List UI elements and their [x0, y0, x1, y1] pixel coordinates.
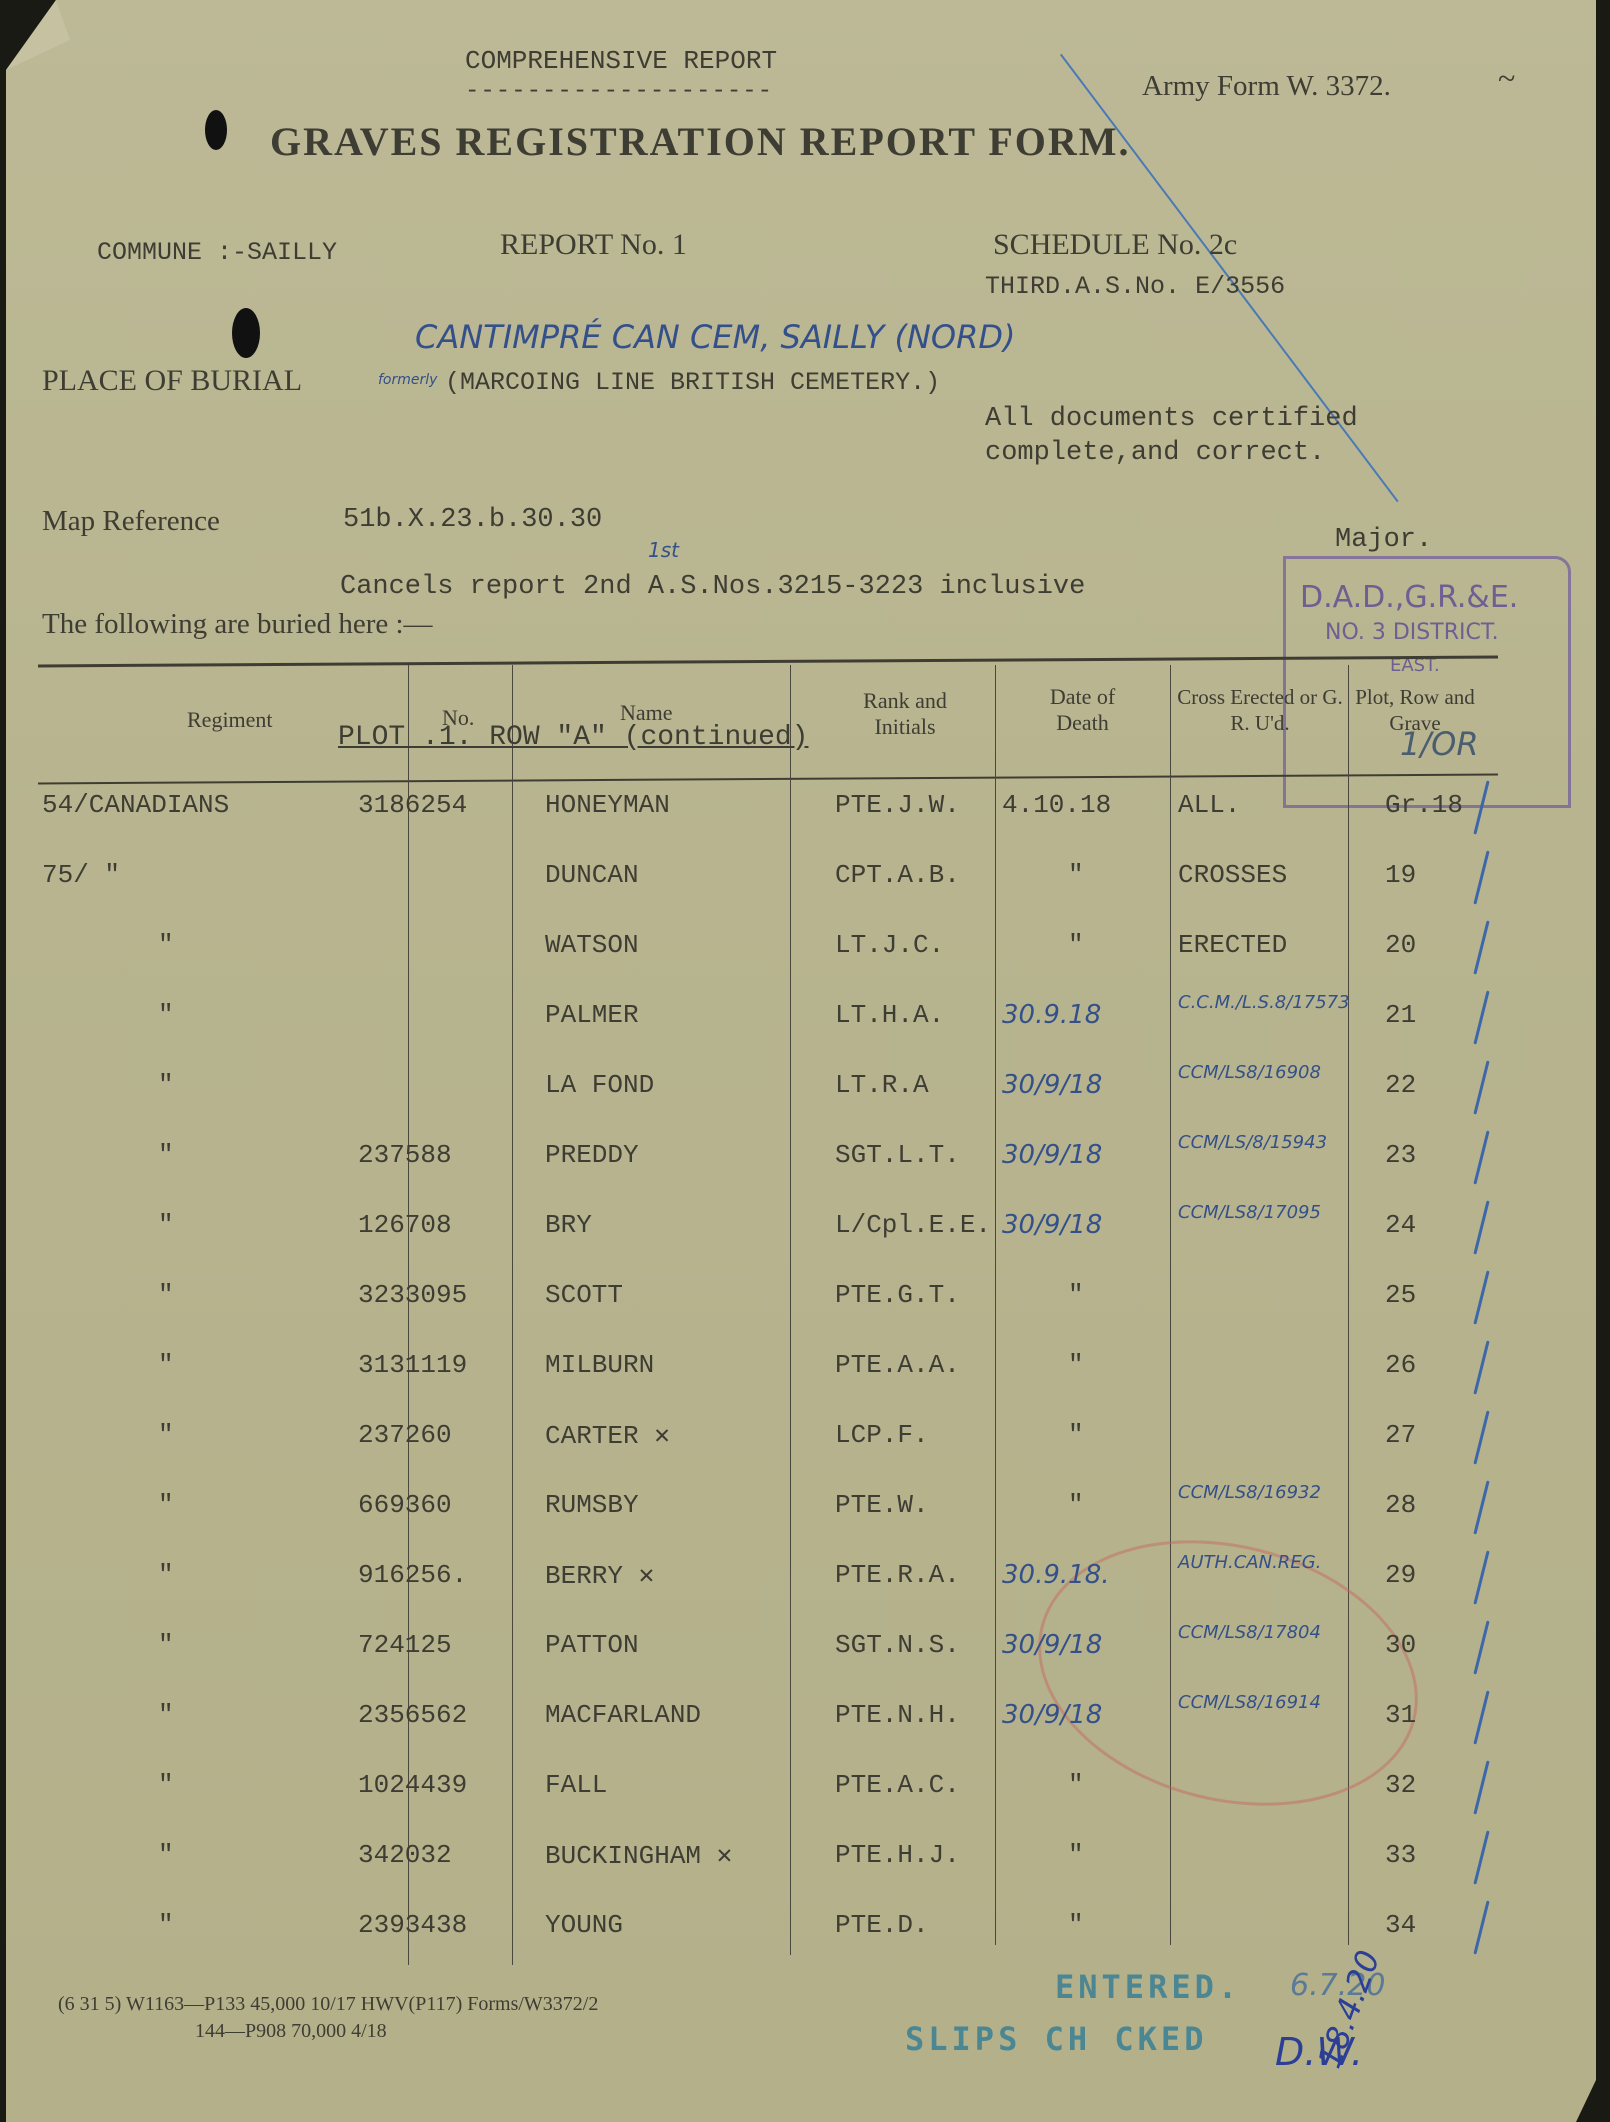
cell-number: 1024439: [358, 1770, 467, 1800]
cell-regiment: ": [158, 1280, 174, 1310]
cell-name: WATSON: [545, 930, 639, 960]
cell-regiment: ": [158, 1490, 174, 1520]
cell-number: 2393438: [358, 1910, 467, 1940]
cell-regiment: ": [158, 1000, 174, 1030]
cell-name: LA FOND: [545, 1070, 654, 1100]
report-value: 1: [672, 228, 687, 261]
cell-number: 669360: [358, 1490, 452, 1520]
cell-grave: Gr.18: [1385, 790, 1463, 820]
cell-grave: 21: [1385, 1000, 1416, 1030]
cell-name: HONEYMAN: [545, 790, 670, 820]
print-line-1: (6 31 5) W1163—P133 45,000 10/17 HWV(P11…: [58, 1993, 598, 2016]
header-dashes: --------------------: [465, 78, 773, 105]
schedule-label: SCHEDULE No.: [993, 228, 1201, 261]
cell-date: ": [1068, 1490, 1084, 1520]
schedule-number: SCHEDULE No. 2c: [993, 228, 1237, 262]
cell-grave: 24: [1385, 1210, 1416, 1240]
cell-name: SCOTT: [545, 1280, 623, 1310]
header-cross: Cross Erected or G. R. U'd.: [1175, 684, 1345, 736]
slips-checked-stamp: SLIPS CH CKED: [905, 2020, 1207, 2058]
cell-number: 126708: [358, 1210, 452, 1240]
cell-date: ": [1068, 1420, 1084, 1450]
cell-number: 724125: [358, 1630, 452, 1660]
cell-date: ": [1068, 860, 1084, 890]
report-number: REPORT No. 1: [500, 228, 687, 262]
place-of-burial-typed: (MARCOING LINE BRITISH CEMETERY.): [445, 368, 940, 397]
cell-regiment: ": [158, 1070, 174, 1100]
cancels-correction: 1st: [648, 538, 679, 562]
page-title: GRAVES REGISTRATION REPORT FORM.: [270, 118, 1131, 165]
cell-cross: CCM/LS8/16908: [1178, 1062, 1321, 1083]
map-reference-value: 51b.X.23.b.30.30: [343, 505, 602, 535]
cell-grave: 23: [1385, 1140, 1416, 1170]
cell-regiment: ": [158, 930, 174, 960]
cell-grave: 19: [1385, 860, 1416, 890]
cell-cross: C.C.M./L.S.8/17573: [1178, 992, 1350, 1013]
cell-rank: PTE.R.A.: [835, 1560, 960, 1590]
cell-grave: 33: [1385, 1840, 1416, 1870]
district-stamp-line-2: NO. 3 DISTRICT.: [1325, 620, 1499, 645]
cell-regiment: ": [158, 1770, 174, 1800]
third-as-number: THIRD.A.S.No. E/3556: [985, 272, 1285, 301]
schedule-value: 2c: [1209, 228, 1237, 261]
cell-number: 3186254: [358, 790, 467, 820]
cell-grave: 31: [1385, 1700, 1416, 1730]
cell-regiment: ": [158, 1840, 174, 1870]
cell-name: RUMSBY: [545, 1490, 639, 1520]
cell-date: ": [1068, 930, 1084, 960]
cell-grave: 29: [1385, 1560, 1416, 1590]
cell-rank: PTE.G.T.: [835, 1280, 960, 1310]
cell-date: 30.9.18: [1002, 1000, 1101, 1030]
cell-regiment: ": [158, 1140, 174, 1170]
cell-name: MILBURN: [545, 1350, 654, 1380]
header-regiment: Regiment: [187, 707, 273, 733]
cell-date: ": [1068, 1350, 1084, 1380]
place-of-burial-handwritten: CANTIMPRÉ CAN CEM, SAILLY (NORD): [415, 318, 1015, 356]
certification-line-2: complete,and correct.: [985, 438, 1325, 468]
cell-grave: 27: [1385, 1420, 1416, 1450]
cell-name: BRY: [545, 1210, 592, 1240]
cell-regiment: ": [158, 1630, 174, 1660]
place-of-burial-label: PLACE OF BURIAL: [42, 364, 302, 398]
cell-regiment: ": [158, 1420, 174, 1450]
header-handwritten-note: 1/OR: [1400, 725, 1479, 763]
cell-cross: CCM/LS/8/15943: [1178, 1132, 1327, 1153]
cell-name: PREDDY: [545, 1140, 639, 1170]
cell-date: 30.9.18.: [1002, 1560, 1110, 1590]
comprehensive-report-label: COMPREHENSIVE REPORT: [465, 46, 777, 76]
cell-number: 237260: [358, 1420, 452, 1450]
print-line-2: 144—P908 70,000 4/18: [195, 2020, 387, 2043]
cell-regiment: ": [158, 1560, 174, 1590]
cell-cross: CROSSES: [1178, 860, 1287, 890]
punch-hole: [205, 110, 227, 150]
cell-number: 237588: [358, 1140, 452, 1170]
punch-hole: [232, 308, 260, 358]
cell-cross: CCM/LS8/17804: [1178, 1622, 1321, 1643]
cell-rank: LCP.F.: [835, 1420, 929, 1450]
cell-rank: L/Cpl.E.E.: [835, 1210, 991, 1240]
cell-grave: 28: [1385, 1490, 1416, 1520]
cell-grave: 30: [1385, 1630, 1416, 1660]
cell-cross: CCM/LS8/16914: [1178, 1692, 1321, 1713]
cell-name: MACFARLAND: [545, 1700, 701, 1730]
column-divider: [790, 665, 791, 1955]
corner-mark: ~: [1498, 60, 1515, 97]
map-reference-label: Map Reference: [42, 505, 220, 538]
section-label: PLOT .1. ROW "A" (continued): [338, 722, 808, 753]
cancels-report: Cancels report 2nd A.S.Nos.3215-3223 inc…: [340, 572, 1085, 602]
cell-name: YOUNG: [545, 1910, 623, 1940]
cell-regiment: ": [158, 1910, 174, 1940]
cell-rank: LT.J.C.: [835, 930, 944, 960]
cell-rank: PTE.N.H.: [835, 1700, 960, 1730]
cell-date: 30/9/18: [1002, 1700, 1102, 1730]
cell-name: BERRY ✕: [545, 1560, 654, 1591]
column-divider: [995, 665, 996, 1945]
cell-rank: PTE.H.J.: [835, 1840, 960, 1870]
cell-rank: PTE.A.C.: [835, 1770, 960, 1800]
commune-label: COMMUNE :-SAILLY: [97, 238, 337, 267]
cell-cross: AUTH.CAN.REG.: [1178, 1552, 1321, 1573]
cell-cross: CCM/LS8/16932: [1178, 1482, 1321, 1503]
cell-grave: 20: [1385, 930, 1416, 960]
column-divider: [512, 665, 513, 1965]
cell-rank: PTE.W.: [835, 1490, 929, 1520]
cell-regiment: 54/CANADIANS: [42, 790, 229, 820]
cell-date: ": [1068, 1280, 1084, 1310]
cell-cross: ALL.: [1178, 790, 1240, 820]
cell-name: CARTER ✕: [545, 1420, 670, 1451]
cell-number: 2356562: [358, 1700, 467, 1730]
cell-grave: 26: [1385, 1350, 1416, 1380]
cell-date: 30/9/18: [1002, 1210, 1102, 1240]
certification-line-1: All documents certified: [985, 404, 1358, 434]
cell-date: ": [1068, 1770, 1084, 1800]
cell-rank: PTE.A.A.: [835, 1350, 960, 1380]
commune-label-text: COMMUNE :-: [97, 238, 247, 267]
signature-title: Major.: [1335, 525, 1432, 555]
cell-grave: 34: [1385, 1910, 1416, 1940]
cell-rank: SGT.L.T.: [835, 1140, 960, 1170]
commune-value: SAILLY: [247, 238, 337, 267]
cell-rank: PTE.D.: [835, 1910, 929, 1940]
cell-regiment: ": [158, 1700, 174, 1730]
formerly-note: formerly: [378, 372, 437, 388]
cell-name: BUCKINGHAM ✕: [545, 1840, 732, 1871]
cell-date: 30/9/18: [1002, 1630, 1102, 1660]
third-as-value: E/3556: [1195, 272, 1285, 301]
cell-date: 30/9/18: [1002, 1070, 1102, 1100]
cell-regiment: ": [158, 1210, 174, 1240]
cell-cross: ERECTED: [1178, 930, 1287, 960]
cell-rank: SGT.N.S.: [835, 1630, 960, 1660]
cell-date: ": [1068, 1910, 1084, 1940]
cell-grave: 22: [1385, 1070, 1416, 1100]
cell-date: ": [1068, 1840, 1084, 1870]
report-label: REPORT No.: [500, 228, 664, 261]
cell-rank: LT.R.A: [835, 1070, 929, 1100]
cell-name: PALMER: [545, 1000, 639, 1030]
cell-name: PATTON: [545, 1630, 639, 1660]
district-stamp-line-1: D.A.D.,G.R.&E.: [1300, 580, 1518, 615]
cell-regiment: 75/ ": [42, 860, 120, 890]
cell-name: DUNCAN: [545, 860, 639, 890]
cell-date: 30/9/18: [1002, 1140, 1102, 1170]
cell-grave: 25: [1385, 1280, 1416, 1310]
header-rank: Rank and Initials: [830, 688, 980, 740]
header-date: Date of Death: [1030, 684, 1135, 736]
cell-number: 342032: [358, 1840, 452, 1870]
cell-rank: LT.H.A.: [835, 1000, 944, 1030]
entered-stamp: ENTERED.: [1055, 1968, 1241, 2006]
cell-cross: CCM/LS8/17095: [1178, 1202, 1321, 1223]
cell-date: 4.10.18: [1002, 790, 1111, 820]
cell-rank: PTE.J.W.: [835, 790, 960, 820]
cell-rank: CPT.A.B.: [835, 860, 960, 890]
army-form-number: Army Form W. 3372.: [1142, 70, 1391, 103]
cell-name: FALL: [545, 1770, 607, 1800]
cell-number: 3131119: [358, 1350, 467, 1380]
cell-number: 916256.: [358, 1560, 467, 1590]
cell-regiment: ": [158, 1350, 174, 1380]
cell-number: 3233095: [358, 1280, 467, 1310]
third-as-label: THIRD.A.S.No.: [985, 272, 1180, 301]
buried-here-label: The following are buried here :—: [42, 608, 433, 641]
cell-grave: 32: [1385, 1770, 1416, 1800]
